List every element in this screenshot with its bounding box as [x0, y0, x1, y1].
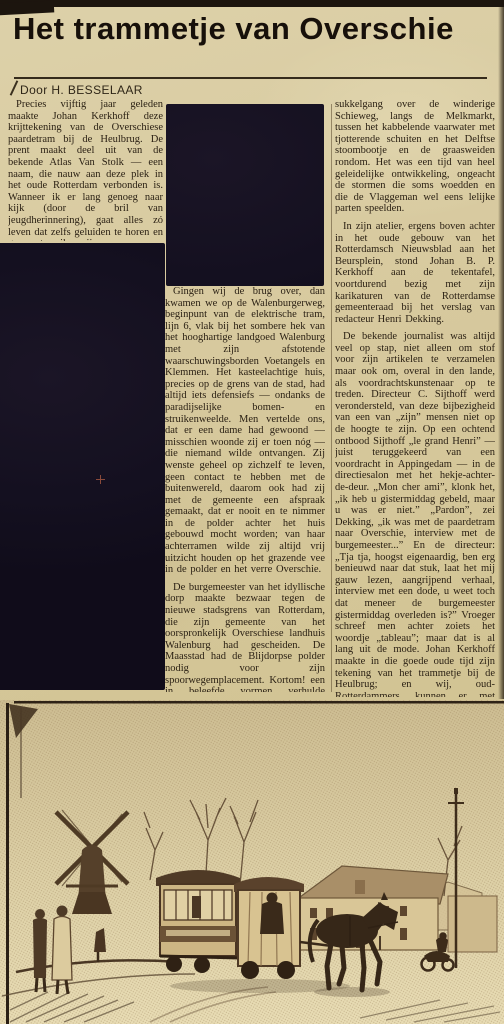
tram-undercarriage: [160, 956, 240, 958]
column-rule: [331, 104, 332, 692]
scan-right-edge: [498, 7, 504, 699]
photo-frame-top: [14, 701, 504, 704]
paragraph: sukkelgang over de winderige Schieweg, l…: [335, 99, 495, 215]
tram-wheel: [166, 956, 182, 972]
byline: Door H. BESSELAAR: [20, 83, 143, 97]
pen-mark: [10, 80, 19, 95]
newspaper-clipping: Het trammetje van Overschie Door H. BESS…: [0, 0, 504, 1024]
tram-driver: [260, 902, 284, 935]
scan-top-edge: [0, 0, 504, 7]
trailer-wheel: [241, 961, 259, 979]
windmill-base: [72, 892, 112, 914]
tram-wheel: [194, 957, 210, 973]
illustration-svg: [0, 700, 504, 1024]
horse-shadow: [314, 987, 390, 997]
divider-rule: [14, 77, 487, 79]
redaction-block-top: [166, 104, 324, 286]
dormer: [355, 880, 365, 894]
column-middle: Gingen wij de brug over, dan kwamen we o…: [165, 286, 325, 692]
redaction-block-left: [0, 243, 165, 690]
trailer-wheel: [277, 961, 295, 979]
paragraph: In zijn atelier, ergens boven achter in …: [335, 221, 495, 325]
page-title: Het trammetje van Overschie: [13, 11, 493, 47]
paragraph: De bekende journalist was altijd veel op…: [335, 331, 495, 697]
registration-mark: [96, 475, 105, 484]
tram-illustration: [0, 700, 504, 1024]
tram-passenger: [192, 896, 201, 918]
tram-lettering-band: [166, 930, 230, 936]
column-left: Precies vijftig jaar geleden maakte Joha…: [8, 99, 163, 241]
column-right: sukkelgang over de winderige Schieweg, l…: [335, 99, 495, 697]
paragraph: De burgemeester van het idyllische dorp …: [165, 582, 325, 692]
paragraph: Precies vijftig jaar geleden maakte Joha…: [8, 99, 163, 241]
paragraph: Gingen wij de brug over, dan kwamen we o…: [165, 286, 325, 576]
photo-frame-left: [6, 703, 9, 1024]
